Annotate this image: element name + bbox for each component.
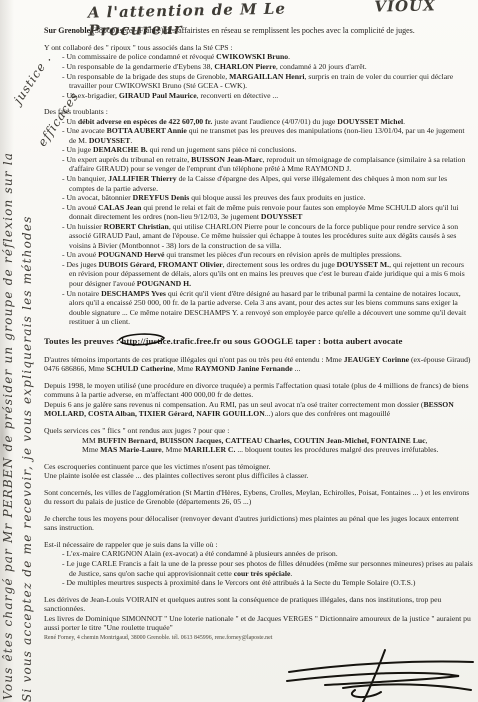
list-item: - Un notaire DESCHAMPS Yves qui écrit qu… xyxy=(56,289,473,327)
list-item: - Un ex-brigadier, GIRAUD Paul Maurice, … xyxy=(56,91,473,101)
list-item: - Un commissaire de police condamné et r… xyxy=(56,52,473,62)
list-item: - Le juge CARLE Francis a fait la une de… xyxy=(56,559,473,578)
witnesses-paragraph: D'autres témoins importants de ces prati… xyxy=(44,355,473,374)
scams-line2: Une plainte isolée est classée ... des p… xyxy=(44,471,473,481)
list-item: - Un responsable de la brigade des stups… xyxy=(56,72,473,91)
relocation-paragraph: Je cherche tous les moyens pour délocali… xyxy=(44,514,473,533)
cops-heading: Quels services ces " flics " ont rendus … xyxy=(44,426,473,436)
margin-note-line2: Si vous acceptez de me recevoir, je vous… xyxy=(20,215,34,702)
since-6-years-paragraph: Depuis 6 ans je galère sans revenus ni c… xyxy=(44,400,473,419)
letter-body: Sur Grenoble (38000 Isère - France) des … xyxy=(44,26,473,642)
list-item: - Un avoué CALAS Jean qui prend le relai… xyxy=(56,203,473,222)
concerned-cities-paragraph: Sont concernés, les villes de l'agglomér… xyxy=(44,488,473,507)
cops-names-line1: MM BUFFIN Bernard, BUISSON Jacques, CATT… xyxy=(82,436,473,446)
scanned-letter-page: A l'attention de M Le Procureur VIOUX Vo… xyxy=(0,0,478,702)
city-heading: Est-il nécessaire de rappeler que je sui… xyxy=(44,540,473,550)
list-item: - Un responsable de la gendarmerie d'Eyb… xyxy=(56,62,473,72)
scams-line1: Ces escroqueries continuent parce que le… xyxy=(44,462,473,472)
margin-note-line1: Vous êtes chargé par Mr PERBEN de présid… xyxy=(1,152,15,700)
list-item: - Un juge DEMARCHE B. qui rend un jugeme… xyxy=(56,145,473,155)
list-item: - Une avocate BOTTA AUBERT Annie qui ne … xyxy=(56,126,473,145)
list-item: - Un avocat, bâtonnier DREYFUS Denis qui… xyxy=(56,193,473,203)
signature xyxy=(285,648,477,702)
list-item: - Des juges DUBOIS Gérard, FROMANT Olivi… xyxy=(56,260,473,289)
cops-names-line2: Mme MAS Marie-Laure, Mme MARILLER C. ...… xyxy=(82,445,473,455)
collaborators-list: - Un commissaire de police condamné et r… xyxy=(56,52,473,100)
sender-contact-line: René Forney, 4 chemin Montrigaud, 38000 … xyxy=(44,635,473,642)
since-1998-paragraph: Depuis 1998, le moyen utilisé (une procé… xyxy=(44,381,473,400)
intro-line: Sur Grenoble (38000 Isère - France) des … xyxy=(44,26,473,36)
list-item: - L'ex-maire CARIGNON Alain (ex-avocat) … xyxy=(56,549,473,559)
collaborators-heading: Y ont collaboré des " ripoux " tous asso… xyxy=(44,43,473,53)
proofs-line: Toutes les preuves : http://justice.traf… xyxy=(44,336,473,347)
list-item: - De multiples meurtres suspects à proxi… xyxy=(56,578,473,588)
list-item: - Un avoué POUGNAND Hervé qui transmet l… xyxy=(56,250,473,260)
facts-heading: Des faits troublants : xyxy=(44,107,473,117)
city-list: - L'ex-maire CARIGNON Alain (ex-avocat) … xyxy=(56,549,473,587)
list-item: - Un expert auprès du tribunal en retrai… xyxy=(56,155,473,174)
list-item: - Un huissier ROBERT Christian, qui util… xyxy=(56,222,473,251)
list-item: - Un banquier, JALLIFIER Thierry de la C… xyxy=(56,174,473,193)
voirain-paragraph: Les dérives de Jean-Louis VOIRAIN et que… xyxy=(44,595,473,614)
url-circle-annotation xyxy=(116,331,168,349)
list-item: - Un débit adverse en espèces de 422 607… xyxy=(56,117,473,127)
facts-list: - Un débit adverse en espèces de 422 607… xyxy=(56,117,473,327)
books-paragraph: Les livres de Dominique SIMONNOT " Une l… xyxy=(44,614,473,633)
